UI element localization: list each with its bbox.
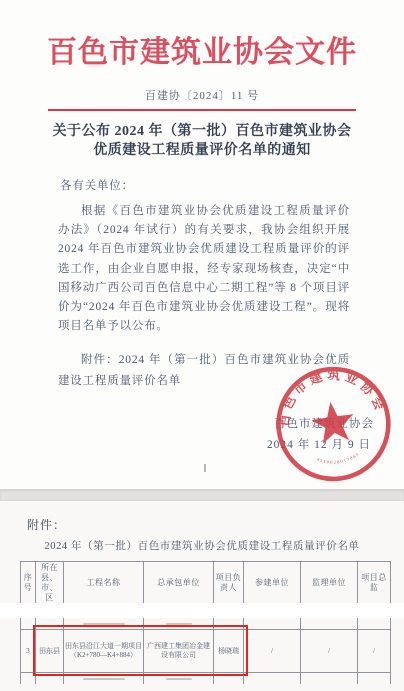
- table-header-row: 序号 所在县、市、区 工程名称 总承包单位 项目负责人 参建单位 监理单位 项目…: [21, 562, 391, 605]
- masthead-title: 百色市建筑业协会文件: [0, 27, 404, 71]
- col-header-contractor: 总承包单位: [144, 562, 214, 605]
- signer-name: 百色市建筑业协会: [0, 414, 374, 435]
- cut-text-mark: [166, 678, 192, 680]
- col-header-project: 工程名称: [64, 562, 144, 605]
- notice-title: 关于公布 2024 年（第一批）百色市建筑业协会 优质建设工程质量评价名单的通知: [0, 122, 404, 160]
- col-header-supervisor: 监理单位: [301, 562, 358, 605]
- cell-supervisor: /: [301, 630, 358, 673]
- attachment-note: 附件：2024 年（第一批）百色市建筑业协会优质建设工程质量评价名单: [58, 350, 350, 392]
- page-1: 百色市建筑业协会文件 百建协〔2024〕11 号 关于公布 2024 年（第一批…: [0, 0, 404, 489]
- document-number: 百建协〔2024〕11 号: [0, 87, 404, 103]
- notice-title-line2: 优质建设工程质量评价名单的通知: [0, 141, 404, 160]
- body-paragraph: 根据《百色市建筑业协会优质建设工程质量评价办法》（2024 年试行）的有关要求，…: [58, 202, 350, 336]
- col-header-index: 序号: [21, 562, 36, 605]
- screenshot-cut-band: [0, 603, 404, 618]
- col-header-manager: 项目负责人: [214, 562, 244, 605]
- page-2: 附件： 2024 年（第一批）百色市建筑业协会优质建设工程质量评价名单 序号 所…: [0, 501, 404, 691]
- cell-chief: /: [358, 630, 391, 673]
- signature-date: 2024 年 12 月 9 日: [0, 435, 371, 456]
- red-highlight-box: [33, 625, 248, 676]
- col-header-chief: 项目总监: [358, 562, 391, 605]
- salutation: 各有关单位：: [60, 177, 348, 193]
- cut-text-mark: [83, 678, 125, 680]
- page-number-mark: [204, 464, 206, 472]
- red-divider-rule: [48, 109, 356, 111]
- notice-title-line1: 关于公布 2024 年（第一批）百色市建筑业协会: [0, 122, 404, 141]
- signature-block: 百色市建筑业协会 2024 年 12 月 9 日: [0, 414, 404, 456]
- table-title: 2024 年（第一批）百色市建筑业协会优质建设工程质量评价名单: [0, 538, 404, 553]
- attachment-label: 附件：: [27, 516, 66, 533]
- cell-participant: /: [244, 630, 301, 673]
- col-header-participant: 参建单位: [244, 562, 301, 605]
- document-scan: 百色市建筑业协会文件 百建协〔2024〕11 号 关于公布 2024 年（第一批…: [0, 0, 404, 691]
- page-break-gap: [0, 489, 404, 501]
- col-header-county: 所在县、市、区: [36, 562, 64, 605]
